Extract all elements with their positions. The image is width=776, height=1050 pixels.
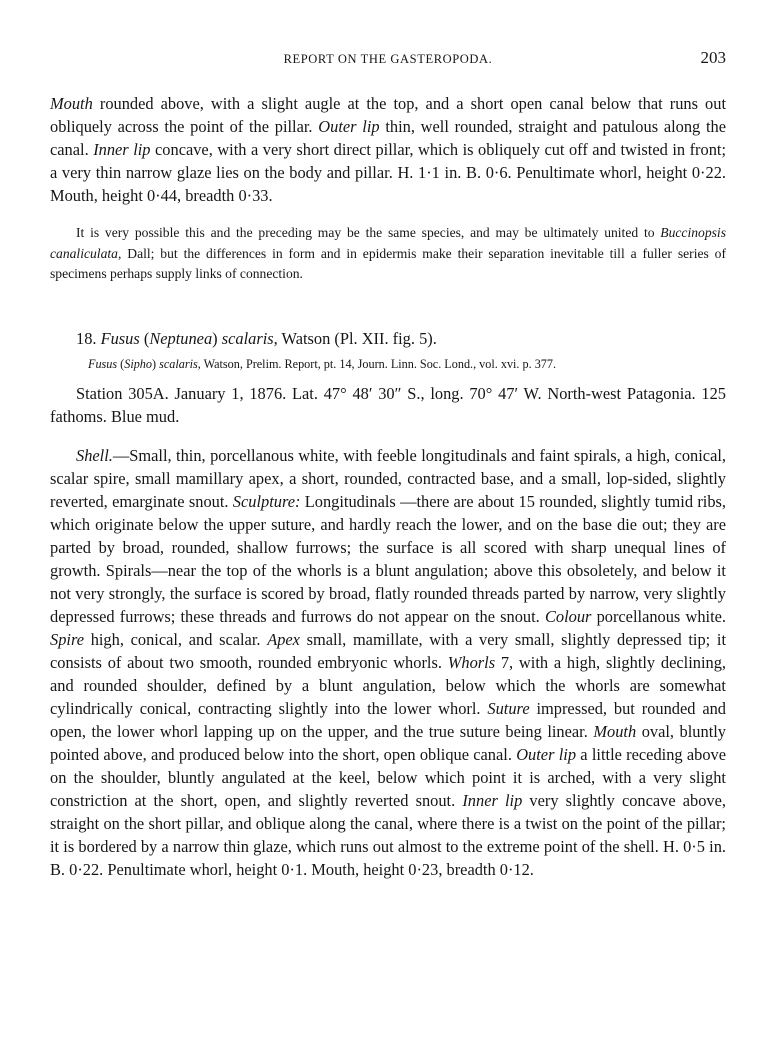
previous-species-description: Mouth rounded above, with a slight augle… — [50, 92, 726, 207]
running-title: REPORT ON THE GASTEROPODA. — [50, 52, 726, 67]
species-heading: 18. Fusus (Neptunea) scalaris, Watson (P… — [50, 327, 726, 350]
species-number: 18. — [76, 329, 101, 348]
page: REPORT ON THE GASTEROPODA. 203 Mouth rou… — [0, 0, 776, 1050]
term-inner-lip: Inner lip — [93, 140, 150, 159]
remark-paragraph: It is very possible this and the precedi… — [50, 223, 726, 285]
spacer — [50, 285, 726, 327]
shell-description: Shell.—Small, thin, porcellanous white, … — [50, 444, 726, 881]
term-mouth: Mouth — [50, 94, 93, 113]
spacer — [50, 374, 726, 382]
page-number: 203 — [701, 48, 727, 68]
station-locality: Station 305A. January 1, 1876. Lat. 47° … — [50, 382, 726, 428]
term-outer-lip: Outer lip — [318, 117, 379, 136]
page-body: Mouth rounded above, with a slight augle… — [50, 92, 726, 881]
synonymy-citation: Fusus (Sipho) scalaris, Watson, Prelim. … — [50, 354, 726, 374]
spacer — [50, 207, 726, 223]
spacer — [50, 428, 726, 444]
running-head: REPORT ON THE GASTEROPODA. 203 — [50, 48, 726, 68]
